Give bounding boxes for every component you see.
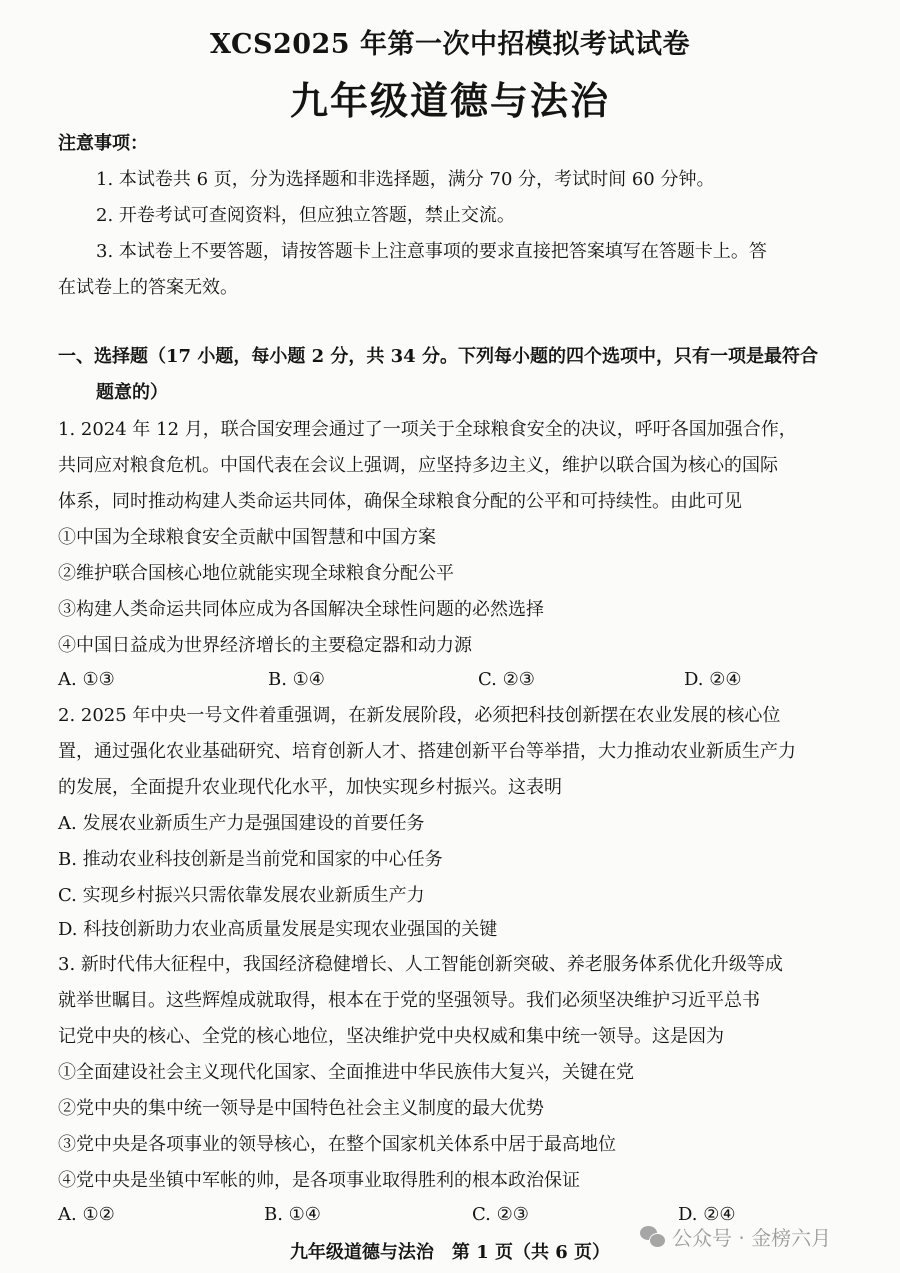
statement: ③党中央是各项事业的领导核心，在整个国家机关体系中居于最高地位 xyxy=(58,1133,616,1157)
exam-subject: 九年级道德与法治 xyxy=(0,70,900,125)
statement: ②维护联合国核心地位就能实现全球粮食分配公平 xyxy=(58,562,454,586)
statement: ②党中央的集中统一领导是中国特色社会主义制度的最大优势 xyxy=(58,1097,544,1121)
option-a: A. ①② xyxy=(58,1203,115,1227)
option-c: C. ②③ xyxy=(478,668,535,692)
option-d: D. ②④ xyxy=(684,668,742,692)
question-stem-line: 置，通过强化农业基础研究、培育创新人才、搭建创新平台等举措，大力推动农业新质生产… xyxy=(58,740,796,764)
option-c: C. 实现乡村振兴只需依靠发展农业新质生产力 xyxy=(58,884,425,908)
statement: ④党中央是坐镇中军帐的帅，是各项事业取得胜利的根本政治保证 xyxy=(58,1169,580,1193)
option-c: C. ②③ xyxy=(472,1203,529,1227)
notice-item-3-cont: 在试卷上的答案无效。 xyxy=(58,276,238,300)
statement: ①全面建设社会主义现代化国家、全面推进中华民族伟大复兴，关键在党 xyxy=(58,1061,634,1085)
question-stem-line: 的发展，全面提升农业现代化水平，加快实现乡村振兴。这表明 xyxy=(58,776,562,800)
statement: ①中国为全球粮食安全贡献中国智慧和中国方案 xyxy=(58,526,436,550)
exam-title: XCS2025 年第一次中招模拟考试试卷 xyxy=(0,22,900,61)
option-a: A. ①③ xyxy=(58,668,115,692)
option-b: B. ①④ xyxy=(268,668,325,692)
option-d: D. 科技创新助力农业高质量发展是实现农业强国的关键 xyxy=(58,918,497,942)
question-stem-line: 2. 2025 年中央一号文件着重强调，在新发展阶段，必须把科技创新摆在农业发展… xyxy=(58,704,780,728)
question-stem-line: 记党中央的核心、全党的核心地位，坚决维护党中央权威和集中统一领导。这是因为 xyxy=(58,1025,724,1049)
notice-heading: 注意事项： xyxy=(58,132,148,156)
statement: ③构建人类命运共同体应成为各国解决全球性问题的必然选择 xyxy=(58,598,544,622)
options-row: A. ①③ B. ①④ C. ②③ D. ②④ xyxy=(58,668,858,692)
notice-item-1: 1. 本试卷共 6 页，分为选择题和非选择题，满分 70 分，考试时间 60 分… xyxy=(96,168,714,192)
question-stem-line: 1. 2024 年 12 月，联合国安理会通过了一项关于全球粮食安全的决议，呼吁… xyxy=(58,418,797,442)
question-stem-line: 共同应对粮食危机。中国代表在会议上强调，应坚持多边主义，维护以联合国为核心的国际 xyxy=(58,454,778,478)
option-b: B. ①④ xyxy=(264,1203,321,1227)
option-a: A. 发展农业新质生产力是强国建设的首要任务 xyxy=(58,812,424,836)
section-heading-cont: 题意的） xyxy=(96,381,168,405)
question-stem-line: 体系，同时推动构建人类命运共同体，确保全球粮食分配的公平和可持续性。由此可见 xyxy=(58,490,742,514)
page-footer: 九年级道德与法治 第 1 页（共 6 页） xyxy=(0,1238,900,1264)
option-b: B. 推动农业科技创新是当前党和国家的中心任务 xyxy=(58,848,443,872)
statement: ④中国日益成为世界经济增长的主要稳定器和动力源 xyxy=(58,634,472,658)
notice-item-2: 2. 开卷考试可查阅资料，但应独立答题，禁止交流。 xyxy=(96,204,515,228)
question-stem-line: 3. 新时代伟大征程中，我国经济稳健增长、人工智能创新突破、养老服务体系优化升级… xyxy=(58,953,783,977)
notice-item-3: 3. 本试卷上不要答题，请按答题卡上注意事项的要求直接把答案填写在答题卡上。答 xyxy=(96,240,767,264)
exam-page: XCS2025 年第一次中招模拟考试试卷 九年级道德与法治 注意事项： 1. 本… xyxy=(0,0,900,1273)
section-heading: 一、选择题（17 小题，每小题 2 分，共 34 分。下列每小题的四个选项中，只… xyxy=(58,345,818,369)
question-stem-line: 就举世瞩目。这些辉煌成就取得，根本在于党的坚强领导。我们必须坚决维护习近平总书 xyxy=(58,989,760,1013)
